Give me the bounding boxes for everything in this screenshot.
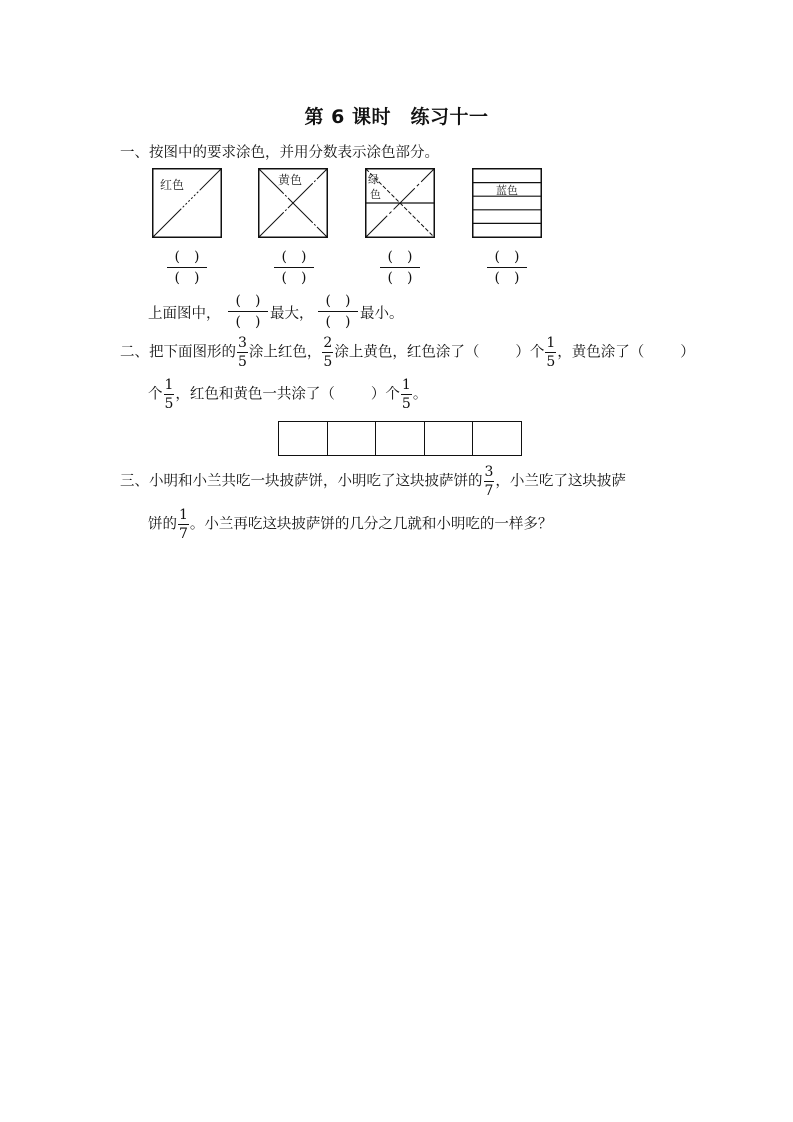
- q2-text: 。: [413, 387, 428, 403]
- q2-text: ）: [680, 345, 695, 361]
- figure-green-square: 绿 色: [365, 168, 435, 238]
- denominator-blank[interactable]: ( ): [228, 312, 268, 329]
- numerator-blank[interactable]: ( ): [487, 250, 527, 268]
- figure-blue-square: 蓝色: [472, 168, 542, 238]
- q2-text: 涂上黄色，红色涂了（: [334, 345, 479, 361]
- q3-text: 饼的: [148, 517, 177, 533]
- question-2-line-1: 二、把下面图形的35涂上红色，25涂上黄色，红色涂了（）个15，黄色涂了（）: [120, 336, 690, 369]
- denominator-blank[interactable]: ( ): [167, 268, 207, 285]
- answer-fraction-yellow[interactable]: ( ) ( ): [274, 250, 314, 285]
- numerator-blank[interactable]: ( ): [274, 250, 314, 268]
- answer-fraction-blue[interactable]: ( ) ( ): [487, 250, 527, 285]
- denominator-blank[interactable]: ( ): [318, 312, 358, 329]
- fraction-3-7: 37: [484, 465, 495, 498]
- q2-text: ）个: [371, 387, 400, 403]
- q2-text: ，红色和黄色一共涂了（: [175, 387, 335, 403]
- strip-cell[interactable]: [328, 422, 377, 455]
- numerator-blank[interactable]: ( ): [228, 294, 268, 312]
- denominator-blank[interactable]: ( ): [487, 268, 527, 285]
- fraction-1-5: 15: [164, 378, 175, 411]
- q2-text: ）个: [515, 345, 544, 361]
- figure-yellow-square: 黄色: [258, 168, 328, 238]
- q2-text: ，黄色涂了（: [557, 345, 644, 361]
- fraction-1-7: 17: [178, 508, 189, 541]
- svg-text:黄色: 黄色: [278, 173, 302, 187]
- compare-suffix: 最小。: [360, 302, 404, 323]
- page-title: 第 6 课时 练习十一: [0, 102, 793, 129]
- answer-fraction-green[interactable]: ( ) ( ): [380, 250, 420, 285]
- numerator-blank[interactable]: ( ): [167, 250, 207, 268]
- q3-text: 三、小明和小兰共吃一块披萨饼，小明吃了这块披萨饼的: [120, 474, 483, 490]
- denominator-blank[interactable]: ( ): [274, 268, 314, 285]
- numerator-blank[interactable]: ( ): [318, 294, 358, 312]
- strip-cell[interactable]: [279, 422, 328, 455]
- denominator-blank[interactable]: ( ): [380, 268, 420, 285]
- numerator-blank[interactable]: ( ): [380, 250, 420, 268]
- strip-cell[interactable]: [425, 422, 474, 455]
- question-3-line-2: 饼的17。小兰再吃这块披萨饼的几分之几就和小明吃的一样多？: [148, 508, 552, 541]
- strip-cell[interactable]: [376, 422, 425, 455]
- question-3-line-1: 三、小明和小兰共吃一块披萨饼，小明吃了这块披萨饼的37，小兰吃了这块披萨: [120, 465, 626, 498]
- fraction-2-5: 25: [322, 336, 333, 369]
- question-2-line-2: 个15，红色和黄色一共涂了（）个15。: [148, 378, 427, 411]
- q2-text: 个: [148, 387, 163, 403]
- fraction-3-5: 35: [237, 336, 248, 369]
- largest-fraction-blank[interactable]: ( ) ( ): [228, 294, 268, 329]
- five-part-strip: [278, 421, 522, 456]
- q3-text: ，小兰吃了这块披萨: [495, 474, 626, 490]
- q2-text: 二、把下面图形的: [120, 345, 236, 361]
- q3-text: 。小兰再吃这块披萨饼的几分之几就和小明吃的一样多？: [190, 517, 553, 533]
- compare-prefix: 上面图中，: [148, 302, 221, 323]
- svg-text:红色: 红色: [160, 178, 184, 192]
- figure-red-square: 红色: [152, 168, 222, 238]
- compare-mid: 最大，: [270, 302, 314, 323]
- svg-text:绿: 绿: [368, 173, 379, 186]
- answer-fraction-red[interactable]: ( ) ( ): [167, 250, 207, 285]
- q2-text: 涂上红色，: [249, 345, 322, 361]
- svg-text:色: 色: [370, 188, 381, 201]
- smallest-fraction-blank[interactable]: ( ) ( ): [318, 294, 358, 329]
- fraction-1-5: 15: [401, 378, 412, 411]
- svg-text:蓝色: 蓝色: [496, 183, 518, 197]
- fraction-1-5: 15: [545, 336, 556, 369]
- strip-cell[interactable]: [473, 422, 521, 455]
- question-1-prompt: 一、按图中的要求涂色，并用分数表示涂色部分。: [120, 141, 439, 162]
